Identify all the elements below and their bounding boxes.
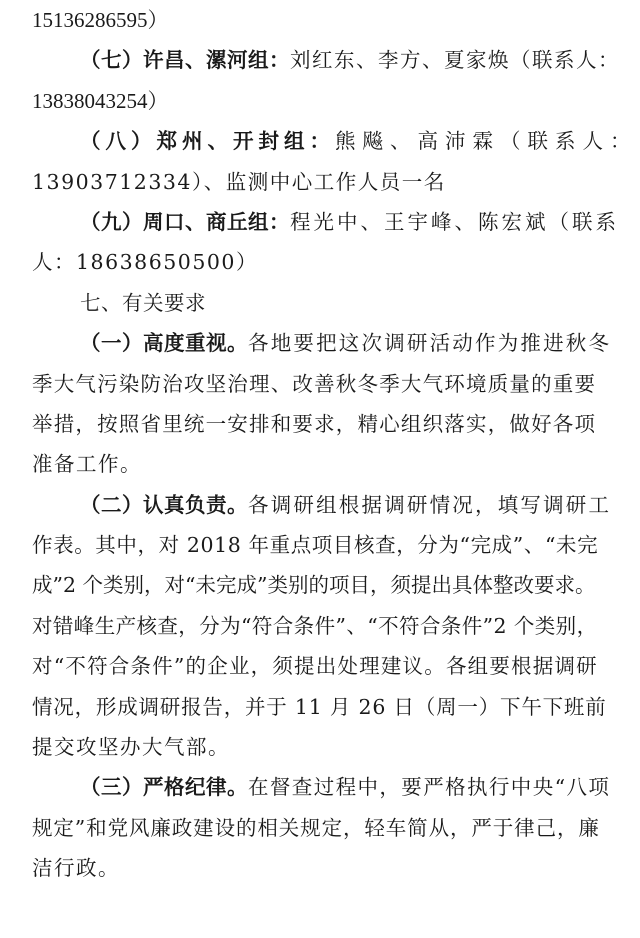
group-heading-line: （九）周口、商丘组：程光中、王宇峰、陈宏斌（联系	[32, 202, 612, 242]
phone-number: 13838043254）	[32, 89, 169, 113]
requirement-heading-line: （一）高度重视。各地要把这次调研活动作为推进秋冬	[32, 323, 612, 363]
paragraph-text: 情况，形成调研报告，并于 11 月 26 日（周一）下午下班前	[32, 695, 607, 719]
group-members: 程光中、王宇峰、陈宏斌（联系	[290, 210, 619, 234]
group-label: （八）郑州、开封组：	[80, 129, 335, 153]
paragraph-text: 洁行政。	[32, 856, 120, 880]
paragraph-text: 对错峰生产核查，分为“符合条件”、“不符合条件”2 个类别，	[32, 614, 597, 638]
text-line: 对错峰生产核查，分为“符合条件”、“不符合条件”2 个类别，	[32, 606, 612, 646]
text-line: 对“不符合条件”的企业，须提出处理建议。各组要根据调研	[32, 646, 612, 686]
section-title: 七、有关要求	[80, 291, 206, 315]
paragraph-text: 作表。其中，对 2018 年重点项目核查，分为“完成”、“未完	[32, 533, 598, 557]
text-line: 举措，按照省里统一安排和要求，精心组织落实，做好各项	[32, 404, 612, 444]
requirement-heading-line: （三）严格纪律。在督查过程中，要严格执行中央“八项	[32, 767, 612, 807]
text-line: 季大气污染防治攻坚治理、改善秋冬季大气环境质量的重要	[32, 364, 612, 404]
paragraph-text: 季大气污染防治攻坚治理、改善秋冬季大气环境质量的重要	[32, 372, 596, 396]
requirement-heading-line: （二）认真负责。各调研组根据调研情况，填写调研工	[32, 485, 612, 525]
requirement-label: （一）高度重视。	[80, 331, 248, 355]
group-heading-line: （八）郑州、开封组：熊飚、高沛霖（联系人：	[32, 121, 612, 161]
text-line: 提交攻坚办大气部。	[32, 727, 612, 767]
phone-number: 15136286595）	[32, 8, 169, 32]
requirement-label: （二）认真负责。	[80, 493, 248, 517]
section-heading: 七、有关要求	[32, 283, 612, 323]
group-contact: 13903712334）、监测中心工作人员一名	[32, 170, 446, 194]
text-line: 情况，形成调研报告，并于 11 月 26 日（周一）下午下班前	[32, 687, 612, 727]
paragraph-text: 对“不符合条件”的企业，须提出处理建议。各组要根据调研	[32, 654, 598, 678]
paragraph-text: 举措，按照省里统一安排和要求，精心组织落实，做好各项	[32, 412, 596, 436]
paragraph-text: 各调研组根据调研情况，填写调研工	[248, 493, 611, 517]
group-label: （九）周口、商丘组：	[80, 210, 290, 234]
paragraph-text: 准备工作。	[32, 452, 142, 476]
text-line: 13838043254）	[32, 81, 612, 121]
group-contact: 人：18638650500）	[32, 250, 258, 274]
requirement-label: （三）严格纪律。	[80, 775, 248, 799]
text-line: 作表。其中，对 2018 年重点项目核查，分为“完成”、“未完	[32, 525, 612, 565]
text-line: 准备工作。	[32, 444, 612, 484]
text-line: 人：18638650500）	[32, 242, 612, 282]
group-heading-line: （七）许昌、漯河组：刘红东、李方、夏家焕（联系人：	[32, 40, 612, 80]
group-label: （七）许昌、漯河组：	[80, 48, 290, 72]
paragraph-text: 规定”和党风廉政建设的相关规定，轻车简从，严于律己，廉	[32, 816, 600, 840]
document-page: 15136286595） （七）许昌、漯河组：刘红东、李方、夏家焕（联系人： 1…	[32, 0, 612, 889]
paragraph-text: 各地要把这次调研活动作为推进秋冬	[248, 331, 611, 355]
text-line: 洁行政。	[32, 848, 612, 888]
text-line: 成”2 个类别，对“未完成”类别的项目，须提出具体整改要求。	[32, 565, 612, 605]
text-line: 规定”和党风廉政建设的相关规定，轻车简从，严于律己，廉	[32, 808, 612, 848]
text-line: 13903712334）、监测中心工作人员一名	[32, 162, 612, 202]
paragraph-text: 在督查过程中，要严格执行中央“八项	[248, 775, 610, 799]
group-members: 刘红东、李方、夏家焕（联系人：	[290, 48, 620, 72]
group-members: 熊飚、高沛霖（联系人：	[335, 129, 638, 153]
text-line: 15136286595）	[32, 0, 612, 40]
paragraph-text: 成”2 个类别，对“未完成”类别的项目，须提出具体整改要求。	[32, 573, 596, 597]
paragraph-text: 提交攻坚办大气部。	[32, 735, 230, 759]
